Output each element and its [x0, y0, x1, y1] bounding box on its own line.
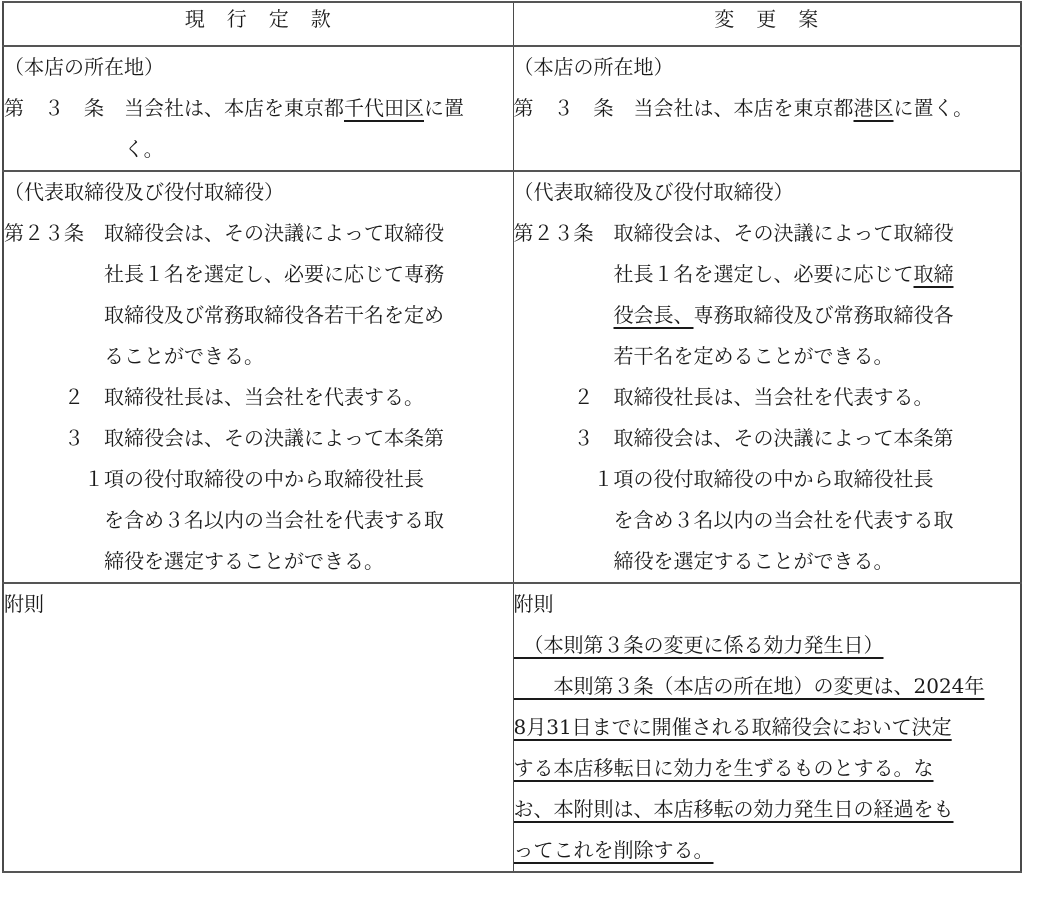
table-header-row: 現 行 定 款 変 更 案 — [3, 2, 1021, 46]
text-line: １項の役付取締役の中から取締役社長 — [514, 459, 1021, 500]
articles-comparison-table: 現 行 定 款 変 更 案 （本店の所在地）第 ３ 条 当会社は、本店を東京都千… — [2, 1, 1022, 873]
underlined-amendment-text: 8月31日までに開催される取締役会において決定 — [514, 715, 952, 739]
text-line: （代表取締役及び役付取締役） — [4, 172, 513, 213]
text-segment — [514, 303, 614, 327]
amended-supplementary-provisions-cell: 附則 （本則第３条の変更に係る効力発生日） 本則第３条（本店の所在地）の変更は、… — [513, 583, 1021, 872]
text-segment: く。 — [4, 137, 164, 161]
text-segment: １項の役付取締役の中から取締役社長 — [4, 467, 424, 491]
text-line: 第 ３ 条 当会社は、本店を東京都千代田区に置 — [4, 88, 513, 129]
underlined-amendment-text: ってこれを削除する。 — [514, 838, 714, 862]
text-line: を含め３名以内の当会社を代表する取 — [4, 500, 513, 541]
document-page: 現 行 定 款 変 更 案 （本店の所在地）第 ３ 条 当会社は、本店を東京都千… — [0, 0, 1037, 902]
current-supplementary-provisions-cell: 附則 — [3, 583, 513, 872]
text-line: 第２３条 取締役会は、その決議によって取締役 — [4, 213, 513, 254]
text-line: （本則第３条の変更に係る効力発生日） — [514, 625, 1021, 666]
text-line: 社長１名を選定し、必要に応じて取締 — [514, 254, 1021, 295]
text-segment: 締役を選定することができる。 — [514, 549, 894, 573]
amended-article-23-cell: （代表取締役及び役付取締役）第２３条 取締役会は、その決議によって取締役 社長１… — [513, 171, 1021, 583]
text-segment: 若干名を定めることができる。 — [514, 344, 894, 368]
text-line: （本店の所在地） — [4, 47, 513, 88]
text-line: （本店の所在地） — [514, 47, 1021, 88]
text-line: （代表取締役及び役付取締役） — [514, 172, 1021, 213]
text-line: 締役を選定することができる。 — [514, 541, 1021, 582]
text-segment: 附則 — [4, 592, 44, 616]
text-line: お、本附則は、本店移転の効力発生日の経過をも — [514, 789, 1021, 830]
text-line: く。 — [4, 129, 513, 170]
text-line: ってこれを削除する。 — [514, 830, 1021, 871]
underlined-amendment-text: 千代田区 — [344, 96, 424, 120]
text-segment: 取締役及び常務取締役各若干名を定め — [4, 303, 444, 327]
table-row-article-3: （本店の所在地）第 ３ 条 当会社は、本店を東京都千代田区に置 く。 （本店の所… — [3, 46, 1021, 171]
text-line: １項の役付取締役の中から取締役社長 — [4, 459, 513, 500]
text-line: 附則 — [514, 584, 1021, 625]
text-line: 第２３条 取締役会は、その決議によって取締役 — [514, 213, 1021, 254]
header-current-articles: 現 行 定 款 — [3, 2, 513, 46]
text-line: ３ 取締役会は、その決議によって本条第 — [4, 418, 513, 459]
text-line: ることができる。 — [4, 336, 513, 377]
text-line: 8月31日までに開催される取締役会において決定 — [514, 707, 1021, 748]
text-line: 附則 — [4, 584, 513, 625]
underlined-amendment-text: 本則第３条（本店の所在地）の変更は、2024年 — [514, 674, 985, 698]
text-segment: ２ 取締役社長は、当会社を代表する。 — [514, 385, 934, 409]
current-article-23-cell: （代表取締役及び役付取締役）第２３条 取締役会は、その決議によって取締役 社長１… — [3, 171, 513, 583]
text-segment: 第 ３ 条 当会社は、本店を東京都 — [4, 96, 344, 120]
underlined-amendment-text: する本店移転日に効力を生ずるものとする。な — [514, 756, 934, 780]
text-segment: 第２３条 取締役会は、その決議によって取締役 — [4, 221, 444, 245]
text-segment: 締役を選定することができる。 — [4, 549, 384, 573]
text-segment: 社長１名を選定し、必要に応じて専務 — [4, 262, 444, 286]
underlined-amendment-text: 港区 — [854, 96, 894, 120]
underlined-amendment-text: 取締 — [914, 262, 954, 286]
underlined-amendment-text: （本則第３条の変更に係る効力発生日） — [514, 633, 884, 657]
current-article-3-cell: （本店の所在地）第 ３ 条 当会社は、本店を東京都千代田区に置 く。 — [3, 46, 513, 171]
text-line: 本則第３条（本店の所在地）の変更は、2024年 — [514, 666, 1021, 707]
text-line: する本店移転日に効力を生ずるものとする。な — [514, 748, 1021, 789]
text-line: 第 ３ 条 当会社は、本店を東京都港区に置く。 — [514, 88, 1021, 129]
text-segment: を含め３名以内の当会社を代表する取 — [514, 508, 954, 532]
text-line: 若干名を定めることができる。 — [514, 336, 1021, 377]
underlined-amendment-text: 役会長、 — [614, 303, 694, 327]
text-segment: （本店の所在地） — [514, 55, 674, 79]
text-line: ３ 取締役会は、その決議によって本条第 — [514, 418, 1021, 459]
text-segment: ３ 取締役会は、その決議によって本条第 — [4, 426, 444, 450]
text-line: 役会長、専務取締役及び常務取締役各 — [514, 295, 1021, 336]
header-amendment-proposal: 変 更 案 — [513, 2, 1021, 46]
amended-article-3-cell: （本店の所在地）第 ３ 条 当会社は、本店を東京都港区に置く。 — [513, 46, 1021, 171]
text-segment: 附則 — [514, 592, 554, 616]
text-segment: ることができる。 — [4, 344, 264, 368]
text-segment: （代表取締役及び役付取締役） — [514, 180, 794, 204]
text-line: 社長１名を選定し、必要に応じて専務 — [4, 254, 513, 295]
text-segment: １項の役付取締役の中から取締役社長 — [514, 467, 934, 491]
text-segment: ３ 取締役会は、その決議によって本条第 — [514, 426, 954, 450]
text-segment: を含め３名以内の当会社を代表する取 — [4, 508, 444, 532]
text-line: ２ 取締役社長は、当会社を代表する。 — [4, 377, 513, 418]
table-row-supplementary-provisions: 附則 附則 （本則第３条の変更に係る効力発生日） 本則第３条（本店の所在地）の変… — [3, 583, 1021, 872]
text-segment: 第２３条 取締役会は、その決議によって取締役 — [514, 221, 954, 245]
text-line: 取締役及び常務取締役各若干名を定め — [4, 295, 513, 336]
text-segment: （本店の所在地） — [4, 55, 164, 79]
text-segment: ２ 取締役社長は、当会社を代表する。 — [4, 385, 424, 409]
text-segment: に置 — [424, 96, 464, 120]
text-line: 締役を選定することができる。 — [4, 541, 513, 582]
text-segment: 第 ３ 条 当会社は、本店を東京都 — [514, 96, 854, 120]
text-segment: （代表取締役及び役付取締役） — [4, 180, 284, 204]
underlined-amendment-text: お、本附則は、本店移転の効力発生日の経過をも — [514, 797, 954, 821]
text-segment: に置く。 — [894, 96, 974, 120]
text-segment: 社長１名を選定し、必要に応じて — [514, 262, 914, 286]
table-row-article-23: （代表取締役及び役付取締役）第２３条 取締役会は、その決議によって取締役 社長１… — [3, 171, 1021, 583]
text-line: ２ 取締役社長は、当会社を代表する。 — [514, 377, 1021, 418]
text-segment: 専務取締役及び常務取締役各 — [694, 303, 954, 327]
text-line: を含め３名以内の当会社を代表する取 — [514, 500, 1021, 541]
